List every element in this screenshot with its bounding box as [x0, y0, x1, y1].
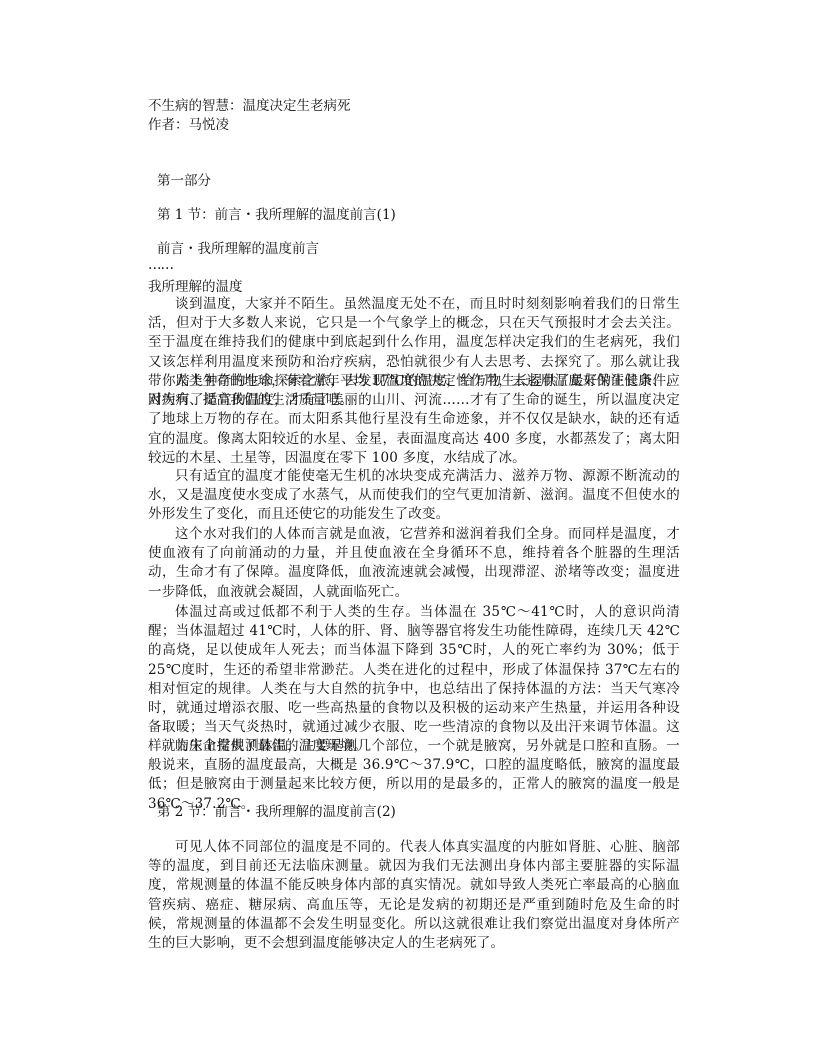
ellipsis: ……	[148, 256, 173, 274]
paragraph: 人类生存的地球，有着常年平均 17℃的温度，给万物生长提供了最好的生长条件。因为…	[148, 372, 680, 468]
document-title: 不生病的智慧：温度决定生老病死	[148, 97, 351, 115]
paragraph: 只有适宜的温度才能使毫无生机的冰块变成充满活力、滋养万物、源源不断流动的水，又是…	[148, 467, 680, 525]
subtitle: 我所理解的温度	[148, 278, 243, 296]
section-1-heading: 第 1 节：前言・我所理解的温度前言(1)	[157, 206, 396, 224]
section-1-subheading: 前言・我所理解的温度前言	[157, 240, 319, 258]
paragraph: 体温过高或过低都不利于人类的生存。当体温在 35℃～41℃时，人的意识尚清醒；当…	[148, 603, 680, 757]
author-line: 作者：马悦凌	[148, 116, 229, 134]
part-heading: 第一部分	[157, 172, 211, 190]
document-page: 不生病的智慧：温度决定生老病死 作者：马悦凌 第一部分 第 1 节：前言・我所理…	[0, 0, 816, 1056]
paragraph: 这个水对我们的人体而言就是血液，它营养和滋润着我们全身。而同样是温度，才使血液有…	[148, 525, 680, 602]
section-2-heading: 第 2 节：前言・我所理解的温度前言(2)	[157, 803, 396, 821]
paragraph: 可见人体不同部位的温度是不同的。代表人体真实温度的内脏如肾脏、心脏、脑部等的温度…	[148, 838, 680, 953]
